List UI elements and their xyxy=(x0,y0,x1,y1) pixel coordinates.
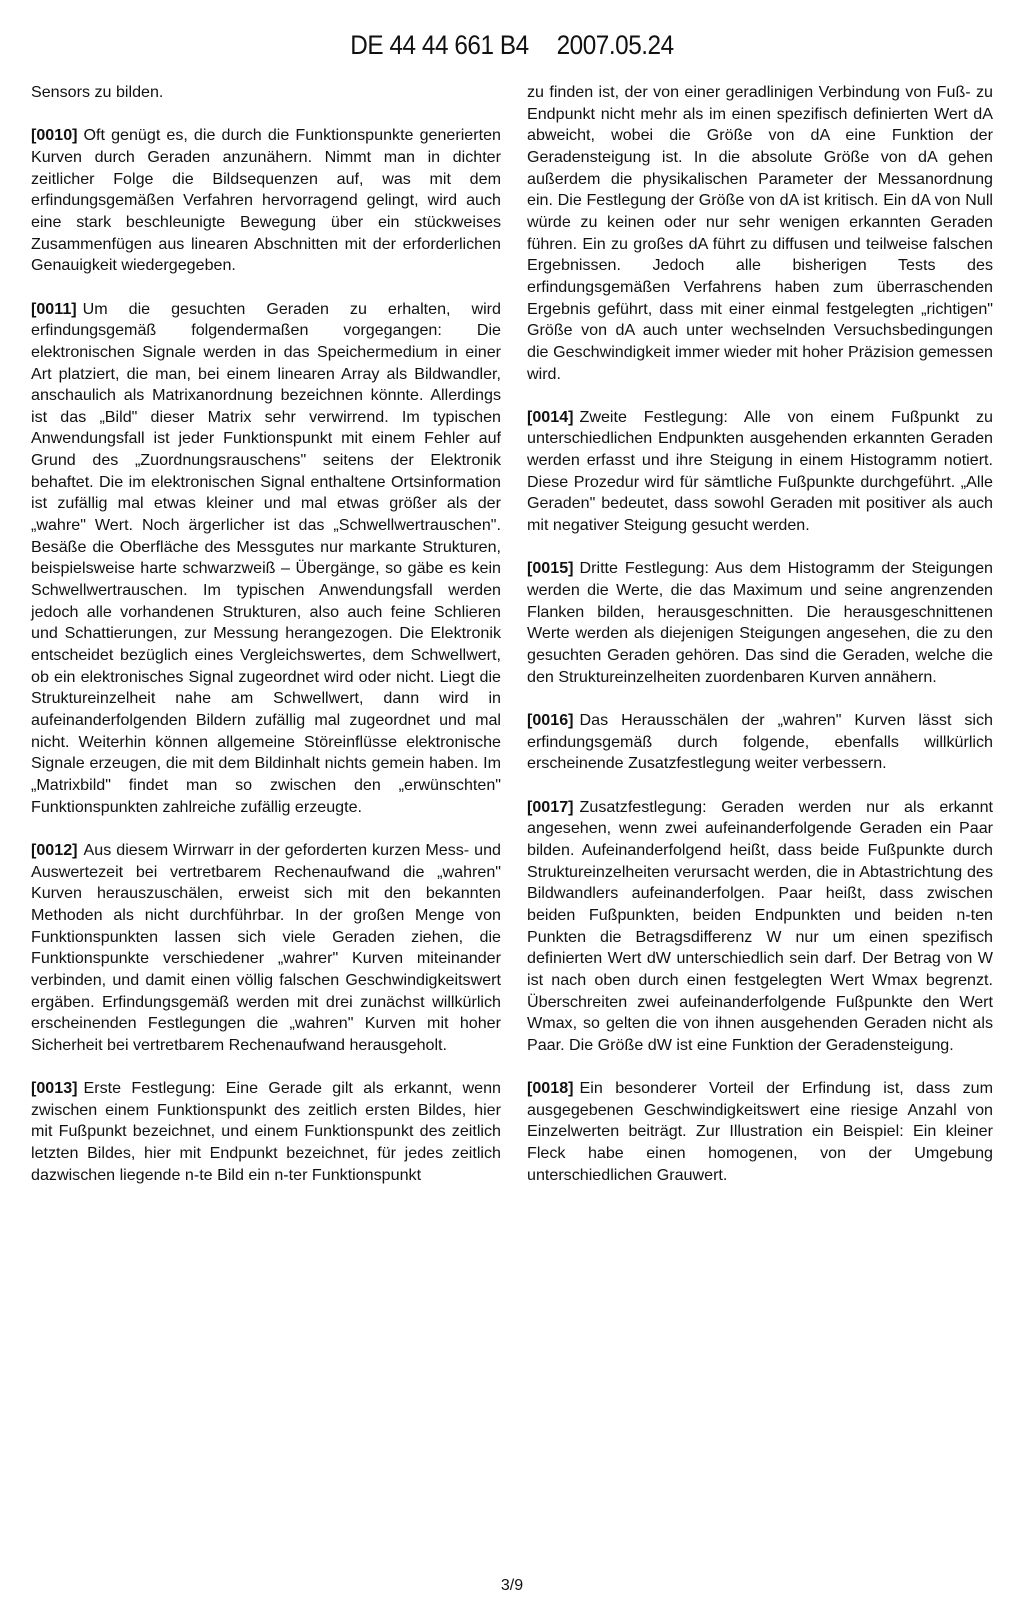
paragraph-text: Um die gesuchten Geraden zu erhalten, wi… xyxy=(31,300,501,816)
continuation-text: zu finden ist, der von einer geradlinige… xyxy=(527,82,993,385)
paragraph-0015: [0015]Dritte Festlegung: Aus dem Histogr… xyxy=(527,558,993,688)
paragraph-text: Oft genügt es, die durch die Funktionspu… xyxy=(31,126,501,274)
right-column: zu finden ist, der von einer geradlinige… xyxy=(527,82,993,1208)
paragraph-0011: [0011]Um die gesuchten Geraden zu erhalt… xyxy=(31,299,501,819)
paragraph-text: Dritte Festlegung: Aus dem Histogramm de… xyxy=(527,559,993,685)
continuation-text: Sensors zu bilden. xyxy=(31,82,501,104)
paragraph-text: Ein besonderer Vorteil der Erfindung ist… xyxy=(527,1079,993,1184)
paragraph-text: Erste Festlegung: Eine Gerade gilt als e… xyxy=(31,1079,501,1184)
paragraph-0014: [0014]Zweite Festlegung: Alle von einem … xyxy=(527,407,993,537)
paragraph-number: [0016] xyxy=(527,711,574,729)
publication-date: 2007.05.24 xyxy=(557,30,674,60)
paragraph-0018: [0018]Ein besonderer Vorteil der Erfindu… xyxy=(527,1078,993,1186)
paragraph-number: [0010] xyxy=(31,126,78,144)
paragraph-number: [0018] xyxy=(527,1079,574,1097)
page-header: DE 44 44 661 B4 2007.05.24 xyxy=(51,30,973,61)
left-column: Sensors zu bilden. [0010]Oft genügt es, … xyxy=(31,82,501,1208)
paragraph-text: Zweite Festlegung: Alle von einem Fußpun… xyxy=(527,408,993,534)
paragraph-text: Das Herausschälen der „wahren" Kurven lä… xyxy=(527,711,993,772)
paragraph-0017: [0017]Zusatzfestlegung: Geraden werden n… xyxy=(527,797,993,1057)
paragraph-0010: [0010]Oft genügt es, die durch die Funkt… xyxy=(31,125,501,277)
paragraph-0013: [0013]Erste Festlegung: Eine Gerade gilt… xyxy=(31,1078,501,1186)
paragraph-text: Aus diesem Wirrwarr in der geforderten k… xyxy=(31,841,501,1054)
paragraph-0012: [0012]Aus diesem Wirrwarr in der geforde… xyxy=(31,840,501,1057)
paragraph-number: [0013] xyxy=(31,1079,78,1097)
paragraph-number: [0017] xyxy=(527,798,574,816)
paragraph-0016: [0016]Das Herausschälen der „wahren" Kur… xyxy=(527,710,993,775)
paragraph-text: Zusatzfestlegung: Geraden werden nur als… xyxy=(527,798,993,1054)
paragraph-number: [0012] xyxy=(31,841,78,859)
paragraph-number: [0015] xyxy=(527,559,574,577)
patent-number: DE 44 44 661 B4 xyxy=(350,30,528,60)
paragraph-number: [0014] xyxy=(527,408,574,426)
page-number: 3/9 xyxy=(0,1577,1024,1595)
paragraph-number: [0011] xyxy=(31,300,77,318)
